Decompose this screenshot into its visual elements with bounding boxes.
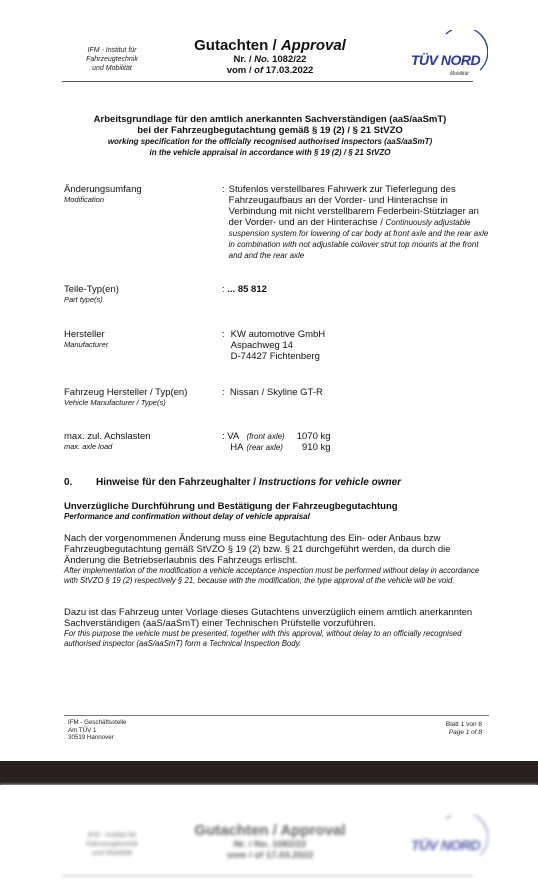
header-divider	[62, 81, 473, 82]
label-en: Modification	[64, 195, 224, 205]
document-header: Gutachten / Approval Nr. / No. 1082/22 v…	[170, 822, 370, 861]
page-number-de: Blatt 1 von 8	[400, 721, 482, 729]
manufacturer-value: : KW automotive GmbH Aspachweg 14 D-7442…	[222, 329, 492, 362]
axle-value: 910 kg	[293, 442, 331, 453]
modification-value: : Stufenlos verstellbares Fahrwerk zur T…	[222, 184, 492, 261]
manufacturer-line: Aspachweg 14	[231, 340, 326, 351]
label-de: max. zul. Achslasten	[64, 431, 224, 442]
footer-address: IFM - Geschäftsstelle Am TÜV 1 30519 Han…	[68, 719, 126, 742]
intro-en-line: in the vehicle appraisal in accordance w…	[60, 148, 480, 158]
intro-de-line: Arbeitsgrundlage für den amtlich anerkan…	[60, 114, 480, 125]
axle-desc: (front axle)	[243, 431, 292, 442]
subsection-title-de: Unverzügliche Durchführung und Bestätigu…	[64, 501, 484, 512]
axle-load-value: : VA (front axle) 1070 kg HA (rear axle)…	[222, 431, 492, 453]
institute-line: Fahrzeugtechnik	[62, 840, 162, 849]
document-number: Nr. / No. 1082/22	[170, 839, 370, 850]
colon: :	[222, 387, 230, 398]
value: Nissan / Skyline GT-R	[230, 387, 323, 398]
document-page-2-preview[interactable]: IFM - Institut für Fahrzeugtechnik und M…	[0, 785, 538, 885]
axle-desc: (rear axle)	[243, 442, 292, 453]
document-header: Gutachten / Approval Nr. / No. 1082/22 v…	[170, 37, 370, 76]
institute-line: IFM - Institut für	[62, 46, 162, 55]
section-title-de: Hinweise für den Fahrzeughalter /	[96, 477, 259, 488]
page-number-en: Page 1 of 8	[400, 729, 482, 737]
document-date: vom / of 17.03.2022	[170, 850, 370, 861]
paragraph-2: Dazu ist das Fahrzeug unter Vorlage dies…	[64, 607, 489, 649]
document-number: Nr. / No. 1082/22	[170, 54, 370, 65]
header-divider	[62, 875, 473, 876]
manufacturer-line: KW automotive GmbH	[231, 329, 326, 340]
document-date: vom / of 17.03.2022	[170, 65, 370, 76]
axle-load-table: : VA (front axle) 1070 kg HA (rear axle)…	[222, 431, 331, 453]
paragraph-1: Nach der vorgenommenen Änderung muss ein…	[64, 533, 489, 586]
logo-text: TÜV NORD	[411, 52, 480, 68]
label-en: Manufacturer	[64, 340, 224, 350]
intro-block: Arbeitsgrundlage für den amtlich anerkan…	[60, 114, 480, 158]
label-de: Teile-Typ(en)	[64, 284, 224, 295]
paragraph-de: Nach der vorgenommenen Änderung muss ein…	[64, 533, 489, 566]
subsection-heading: Unverzügliche Durchführung und Bestätigu…	[64, 501, 484, 522]
institute-line: und Mobilität	[62, 64, 162, 73]
axle-row: : VA (front axle) 1070 kg	[222, 431, 331, 442]
section-number: 0.	[64, 477, 96, 489]
page-indicator: Blatt 1 von 8 Page 1 of 8	[400, 721, 482, 737]
tuv-nord-logo: TÜV NORD	[408, 815, 490, 863]
logo-text: TÜV NORD	[411, 837, 480, 853]
intro-en-line: working specification for the officially…	[60, 137, 480, 147]
label-de: Änderungsumfang	[64, 184, 224, 195]
address-line: IFM - Geschäftsstelle	[68, 719, 126, 727]
paragraph-en: After implementation of the modification…	[64, 566, 489, 586]
intro-de-line: bei der Fahrzeugbegutachtung gemäß § 19 …	[60, 125, 480, 136]
axle-code: HA	[227, 442, 243, 453]
subsection-title-en: Performance and confirmation without del…	[64, 512, 484, 522]
axle-value: 1070 kg	[293, 431, 331, 442]
part-type-label: Teile-Typ(en) Part type(s)	[64, 284, 224, 305]
paragraph-de: Dazu ist das Fahrzeug unter Vorlage dies…	[64, 607, 489, 629]
label-en: max. axle load	[64, 442, 224, 452]
modification-label: Änderungsumfang Modification	[64, 184, 224, 205]
vehicle-label: Fahrzeug Hersteller / Typ(en) Vehicle Ma…	[64, 387, 224, 408]
part-type-value: : ... 85 812	[222, 284, 492, 295]
document-page-1: IFM - Institut für Fahrzeugtechnik und M…	[0, 0, 538, 761]
institute-line: Fahrzeugtechnik	[62, 55, 162, 64]
vehicle-value: : Nissan / Skyline GT-R	[222, 387, 492, 398]
footer-divider	[64, 715, 489, 716]
institute-line: IFM - Institut für	[62, 831, 162, 840]
axle-load-label: max. zul. Achslasten max. axle load	[64, 431, 224, 452]
institute-name: IFM - Institut für Fahrzeugtechnik und M…	[62, 46, 162, 73]
manufacturer-line: D-74427 Fichtenberg	[231, 351, 326, 362]
label-en: Vehicle Manufacturer / Type(s)	[64, 398, 224, 408]
institute-line: und Mobilität	[62, 849, 162, 858]
page-separator	[0, 761, 538, 785]
institute-name: IFM - Institut für Fahrzeugtechnik und M…	[62, 831, 162, 858]
axle-row: HA (rear axle) 910 kg	[222, 442, 331, 453]
document-title: Gutachten / Approval	[170, 822, 370, 839]
section-heading: 0.Hinweise für den Fahrzeughalter / Inst…	[64, 477, 484, 489]
paragraph-en: For this purpose the vehicle must be pre…	[64, 629, 489, 649]
label-de: Hersteller	[64, 329, 224, 340]
document-title: Gutachten / Approval	[170, 37, 370, 54]
logo-subtitle: Mobilität	[450, 71, 469, 77]
label-de: Fahrzeug Hersteller / Typ(en)	[64, 387, 224, 398]
section-title-en: Instructions for vehicle owner	[259, 477, 401, 488]
axle-code: VA	[227, 431, 243, 442]
tuv-nord-logo: TÜV NORD Mobilität	[408, 30, 490, 78]
manufacturer-label: Hersteller Manufacturer	[64, 329, 224, 350]
value: ... 85 812	[227, 284, 267, 295]
address-line: Am TÜV 1	[68, 727, 126, 735]
label-en: Part type(s)	[64, 295, 224, 305]
address-line: 30519 Hannover	[68, 734, 126, 742]
